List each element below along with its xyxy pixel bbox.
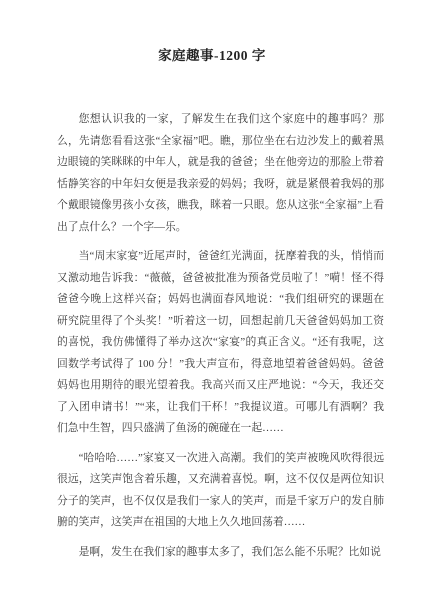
document-body: 您想认识我的一家，了解发生在我们这个家庭中的趣事吗？那么，先请您看看这张“全家福… xyxy=(57,109,384,563)
paragraph-laughter: “哈哈哈……”家宴又一次进入高潮。我们的笑声被晚风吹得很远很远，这笑声饱含着乐趣… xyxy=(57,448,384,534)
paragraph-closing: 是啊，发生在我们家的趣事太多了，我们怎么能不乐呢？比如说 xyxy=(57,542,384,564)
document-title: 家庭趣事-1200 字 xyxy=(0,0,424,64)
paragraph-family-banquet: 当“周末家宴”近尾声时，爸爸红光满面，抚摩着我的头，悄悄而又激动地告诉我：“薇薇… xyxy=(57,246,384,440)
paragraph-intro-family: 您想认识我的一家，了解发生在我们这个家庭中的趣事吗？那么，先请您看看这张“全家福… xyxy=(57,109,384,238)
document-page: 家庭趣事-1200 字 您想认识我的一家，了解发生在我们这个家庭中的趣事吗？那么… xyxy=(0,0,424,600)
